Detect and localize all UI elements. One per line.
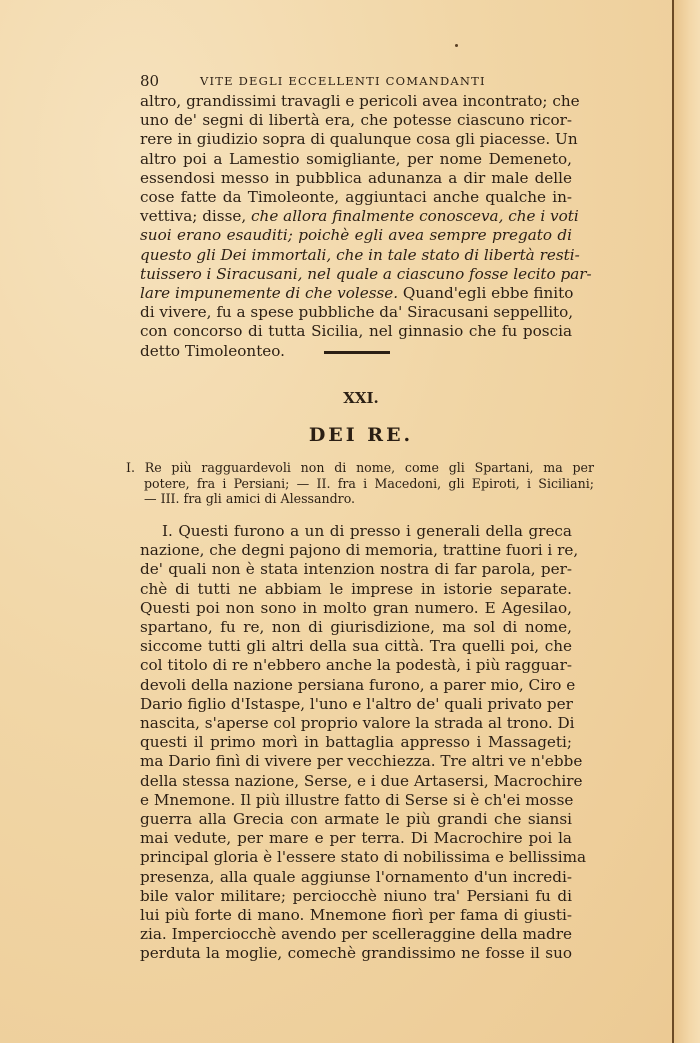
text-line-mixed: lare impunemente di che volesse. Quand'e… bbox=[140, 284, 572, 303]
running-head: 80 VITE DEGLI ECCELLENTI COMANDANTI bbox=[140, 72, 572, 92]
body-paragraph: I. Questi furono a un di presso i genera… bbox=[140, 522, 572, 964]
text-italic: che allora finalmente conosceva, che i v… bbox=[251, 207, 579, 225]
text-roman: vettiva; disse, bbox=[140, 207, 251, 225]
text-line: bile valor militare; perciocchè niuno tr… bbox=[140, 887, 572, 906]
text-line-italic: questo gli Dei immortali, che in tale st… bbox=[140, 246, 572, 265]
text-line: Questi poi non sono in molto gran numero… bbox=[140, 599, 572, 618]
chapter-number: XXI. bbox=[140, 389, 572, 407]
text-line: zia. Imperciocchè avendo per scelleraggi… bbox=[140, 925, 572, 944]
summary-line: potere, fra i Persiani; — II. fra i Mace… bbox=[126, 476, 594, 492]
text-line: nazione, che degni pajono di memoria, tr… bbox=[140, 541, 572, 560]
text-line: altro poi a Lamestio somigliante, per no… bbox=[140, 150, 572, 169]
text-line: con concorso di tutta Sicilia, nel ginna… bbox=[140, 322, 572, 341]
summary-line: I. Re più ragguardevoli non di nome, com… bbox=[126, 460, 594, 476]
text-line: uno de' segni di libertà era, che potess… bbox=[140, 111, 572, 130]
text-line: chè di tutti ne abbiam le imprese in ist… bbox=[140, 580, 572, 599]
text-line: principal gloria è l'essere stato di nob… bbox=[140, 848, 572, 867]
page-number: 80 bbox=[140, 72, 159, 90]
text-line: I. Questi furono a un di presso i genera… bbox=[140, 522, 572, 541]
text-roman: Quand'egli ebbe finito bbox=[398, 284, 573, 302]
text-line-italic: suoi erano esauditi; poichè egli avea se… bbox=[140, 226, 572, 245]
top-paragraph: altro, grandissimi travagli e pericoli a… bbox=[140, 92, 572, 361]
text-line: perduta la moglie, comechè grandissimo n… bbox=[140, 944, 572, 963]
text-line: devoli della nazione persiana furono, a … bbox=[140, 676, 572, 695]
adjacent-page-strip bbox=[674, 0, 700, 1043]
text-line: altro, grandissimi travagli e pericoli a… bbox=[140, 92, 572, 111]
text-line: di vivere, fu a spese pubbliche da' Sira… bbox=[140, 303, 572, 322]
chapter-title: DEI RE. bbox=[140, 424, 572, 446]
text-line: spartano, fu re, non di giurisdizione, m… bbox=[140, 618, 572, 637]
text-line: cose fatte da Timoleonte, aggiuntaci anc… bbox=[140, 188, 572, 207]
text-line: della stessa nazione, Serse, e i due Art… bbox=[140, 772, 572, 791]
chapter-summary: I. Re più ragguardevoli non di nome, com… bbox=[126, 460, 594, 507]
running-title: VITE DEGLI ECCELLENTI COMANDANTI bbox=[200, 74, 486, 88]
text-line: rere in giudizio sopra di qualunque cosa… bbox=[140, 130, 572, 149]
text-line: ma Dario finì di vivere per vecchiezza. … bbox=[140, 752, 572, 771]
text-line: de' quali non è stata intenzion nostra d… bbox=[140, 560, 572, 579]
text-line: essendosi messo in pubblica adunanza a d… bbox=[140, 169, 572, 188]
text-line-italic: tuissero i Siracusani, nel quale a ciasc… bbox=[140, 265, 572, 284]
text-line-mixed: vettiva; disse, che allora finalmente co… bbox=[140, 207, 572, 226]
text-italic: lare impunemente di che volesse. bbox=[140, 284, 398, 302]
summary-line: — III. fra gli amici di Alessandro. bbox=[126, 491, 594, 507]
text-line: Dario figlio d'Istaspe, l'uno e l'altro … bbox=[140, 695, 572, 714]
section-divider-rule bbox=[324, 351, 390, 354]
text-line: questi il primo morì in battaglia appres… bbox=[140, 733, 572, 752]
paper-speck bbox=[455, 44, 458, 47]
text-line: e Mnemone. Il più illustre fatto di Sers… bbox=[140, 791, 572, 810]
text-line: nascita, s'aperse col proprio valore la … bbox=[140, 714, 572, 733]
text-line: presenza, alla quale aggiunse l'ornament… bbox=[140, 868, 572, 887]
text-line: lui più forte di mano. Mnemone fiorì per… bbox=[140, 906, 572, 925]
text-line: siccome tutti gli altri della sua città.… bbox=[140, 637, 572, 656]
text-line: mai vedute, per mare e per terra. Di Mac… bbox=[140, 829, 572, 848]
text-line: guerra alla Grecia con armate le più gra… bbox=[140, 810, 572, 829]
text-line: col titolo di re n'ebbero anche la podes… bbox=[140, 656, 572, 675]
